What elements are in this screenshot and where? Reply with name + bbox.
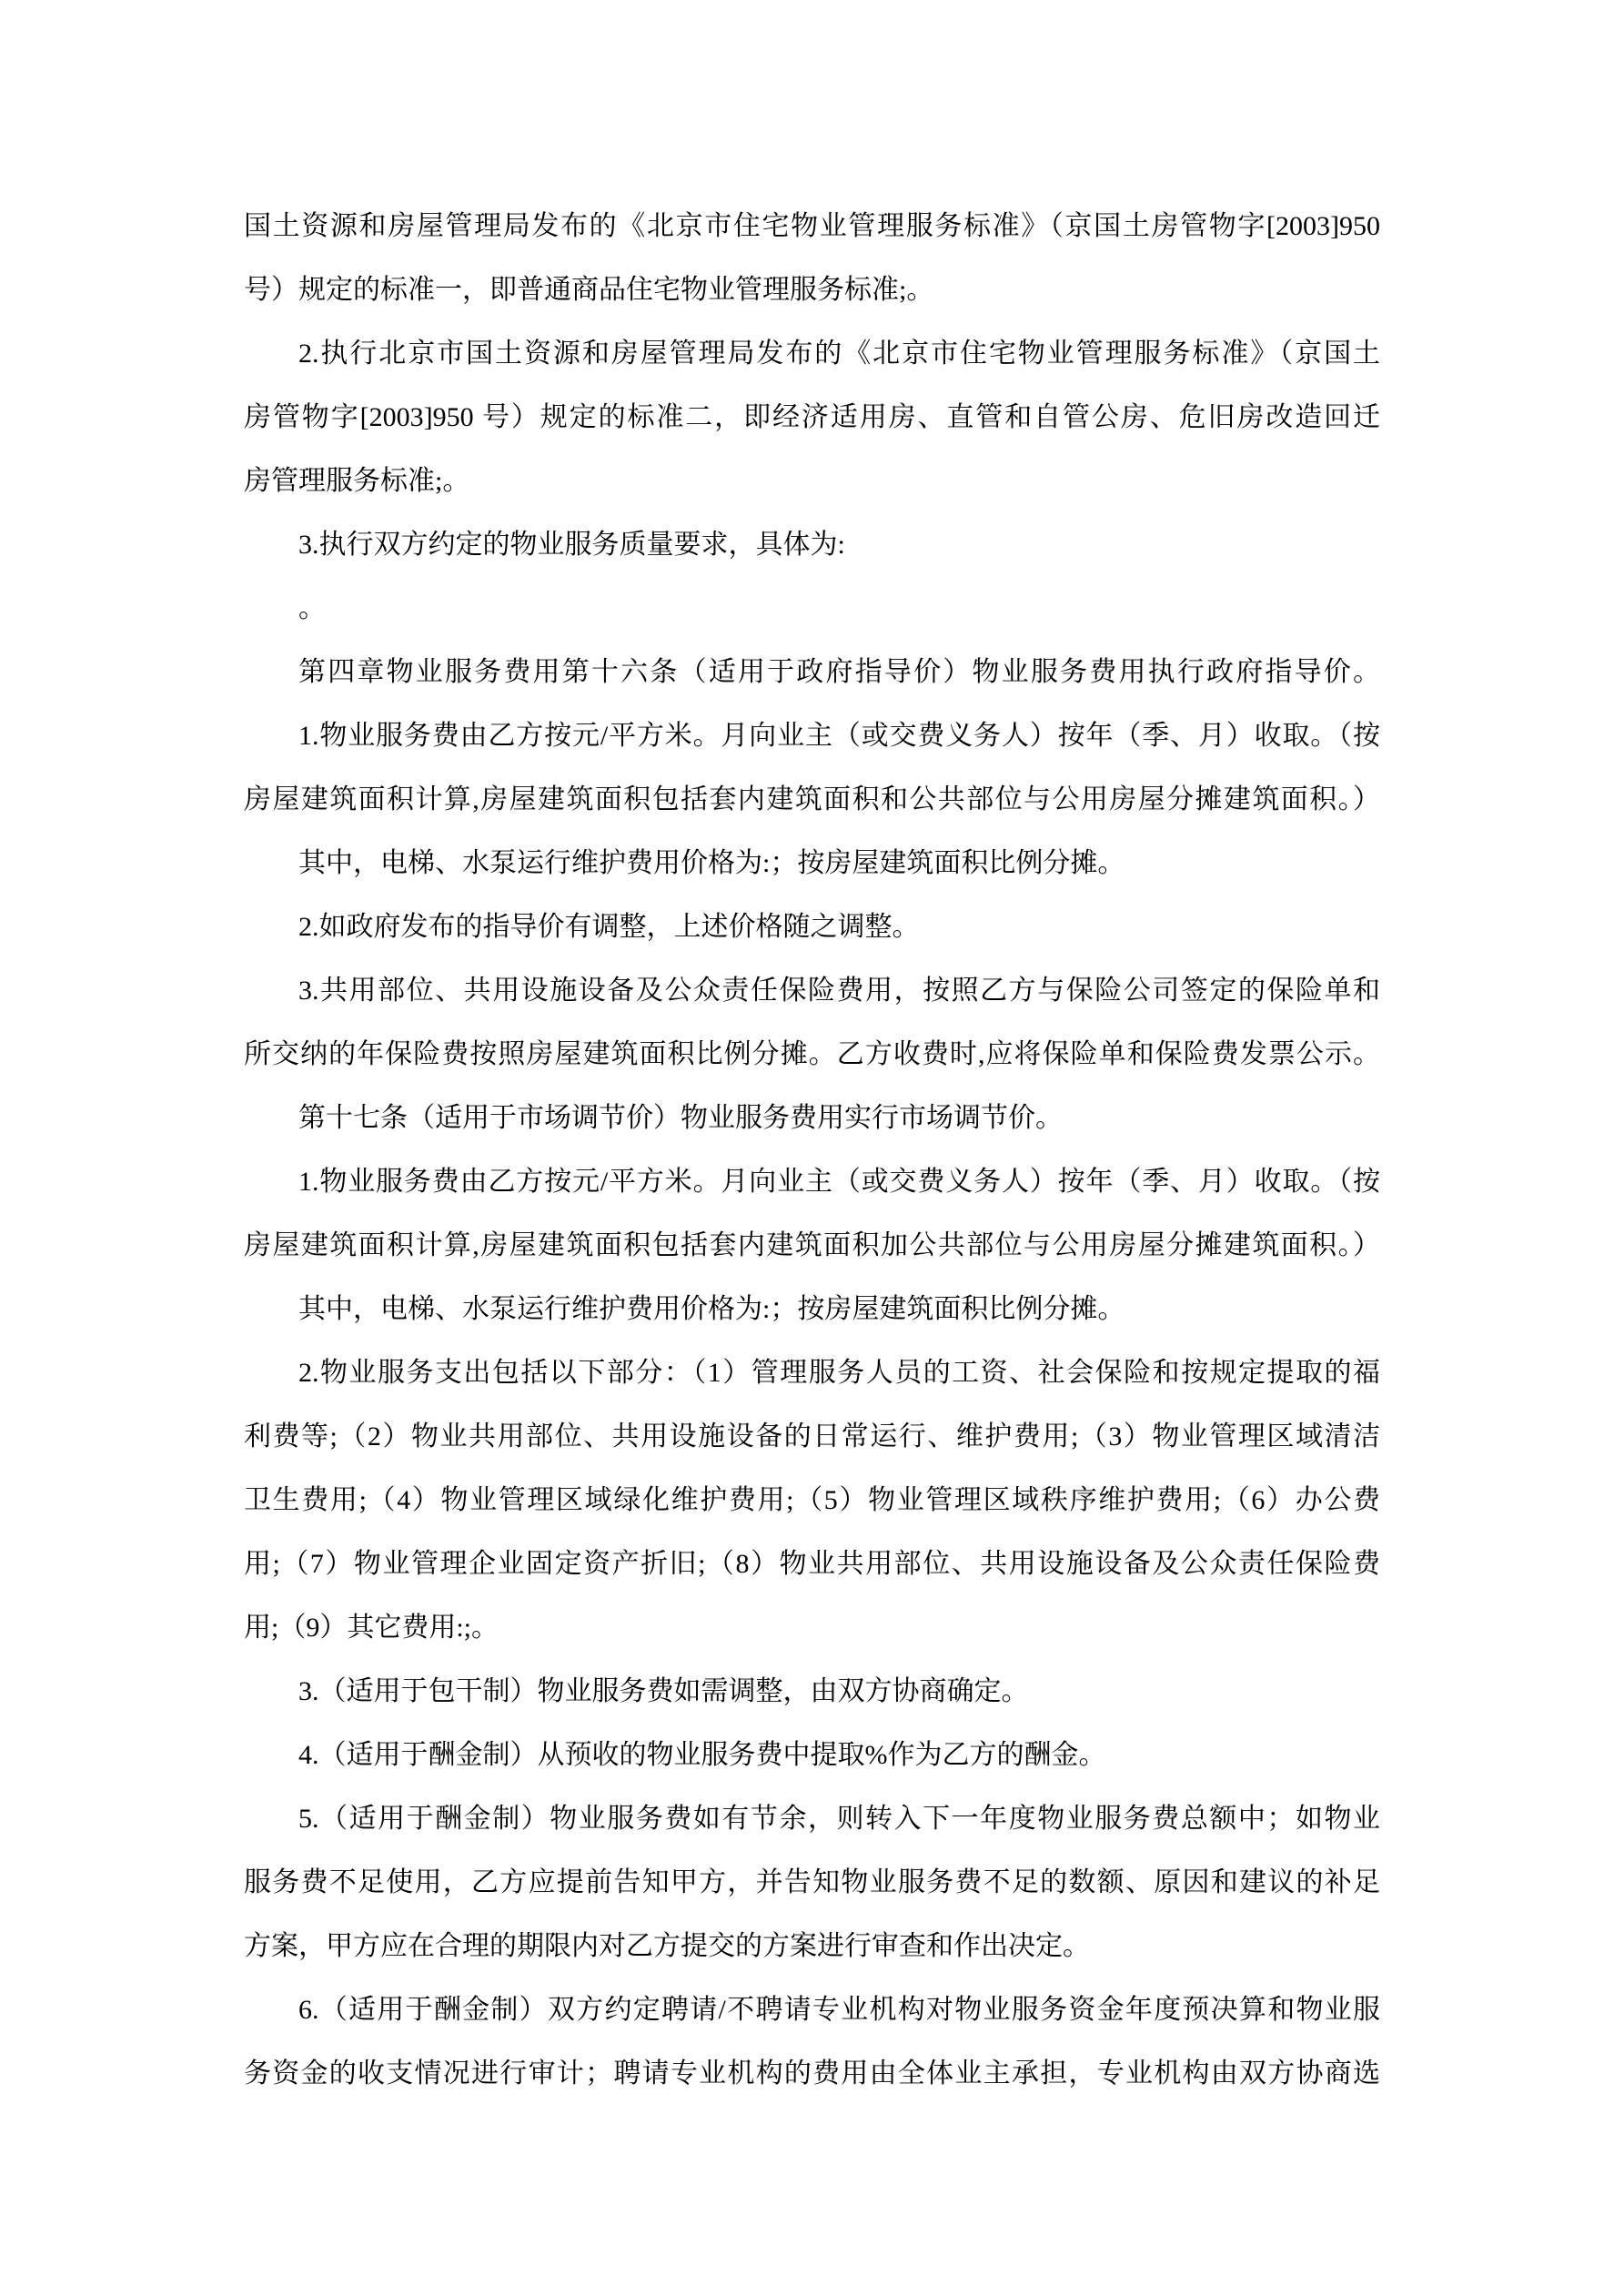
text-line: 服务费不足使用，乙方应提前告知甲方，并告知物业服务费不足的数额、原因和建议的补足 [244, 1851, 1380, 1915]
text-line: 6.（适用于酬金制）双方约定聘请/不聘请专业机构对物业服务资金年度预决算和物业服 [244, 1978, 1380, 2042]
text-line: 2.如政府发布的指导价有调整，上述价格随之调整。 [244, 895, 1380, 959]
text-line: 1.物业服务费由乙方按元/平方米。月向业主（或交费义务人）按年（季、月）收取。（… [244, 1150, 1380, 1214]
text-line: 第四章物业服务费用第十六条（适用于政府指导价）物业服务费用执行政府指导价。 [244, 641, 1380, 704]
text-line: 用;（7）物业管理企业固定资产折旧;（8）物业共用部位、共用设施设备及公众责任保… [244, 1532, 1380, 1596]
text-line: 第十七条（适用于市场调节价）物业服务费用实行市场调节价。 [244, 1087, 1380, 1150]
text-line: 房管理服务标准;。 [244, 450, 1380, 513]
text-line: 5.（适用于酬金制）物业服务费如有节余，则转入下一年度物业服务费总额中；如物业 [244, 1787, 1380, 1851]
text-line: 。 [244, 577, 1380, 641]
text-line: 4.（适用于酬金制）从预收的物业服务费中提取%作为乙方的酬金。 [244, 1724, 1380, 1787]
text-line: 1.物业服务费由乙方按元/平方米。月向业主（或交费义务人）按年（季、月）收取。（… [244, 704, 1380, 768]
document-text: 国土资源和房屋管理局发布的《北京市住宅物业管理服务标准》（京国土房管物字[200… [244, 195, 1380, 2106]
text-line: 其中，电梯、水泵运行维护费用价格为:；按房屋建筑面积比例分摊。 [244, 832, 1380, 895]
text-line: 国土资源和房屋管理局发布的《北京市住宅物业管理服务标准》（京国土房管物字[200… [244, 195, 1380, 258]
text-line: 利费等;（2）物业共用部位、共用设施设备的日常运行、维护费用;（3）物业管理区域… [244, 1405, 1380, 1469]
text-line: 3.执行双方约定的物业服务质量要求，具体为: [244, 513, 1380, 577]
document-page: 国土资源和房屋管理局发布的《北京市住宅物业管理服务标准》（京国土房管物字[200… [0, 0, 1624, 2296]
text-line: 方案，甲方应在合理的期限内对乙方提交的方案进行审查和作出决定。 [244, 1915, 1380, 1978]
text-line: 其中，电梯、水泵运行维护费用价格为:；按房屋建筑面积比例分摊。 [244, 1278, 1380, 1341]
text-line: 房屋建筑面积计算,房屋建筑面积包括套内建筑面积和公共部位与公用房屋分摊建筑面积。… [244, 768, 1380, 832]
text-line: 卫生费用;（4）物业管理区域绿化维护费用;（5）物业管理区域秩序维护费用;（6）… [244, 1469, 1380, 1532]
text-line: 号）规定的标准一，即普通商品住宅物业管理服务标准;。 [244, 258, 1380, 322]
text-line: 务资金的收支情况进行审计；聘请专业机构的费用由全体业主承担，专业机构由双方协商选 [244, 2042, 1380, 2106]
text-line: 2.物业服务支出包括以下部分：（1）管理服务人员的工资、社会保险和按规定提取的福 [244, 1341, 1380, 1405]
text-line: 房屋建筑面积计算,房屋建筑面积包括套内建筑面积加公共部位与公用房屋分摊建筑面积。… [244, 1214, 1380, 1278]
text-line: 3.共用部位、共用设施设备及公众责任保险费用，按照乙方与保险公司签定的保险单和 [244, 959, 1380, 1023]
text-line: 房管物字[2003]950 号）规定的标准二，即经济适用房、直管和自管公房、危旧… [244, 386, 1380, 450]
text-line: 用;（9）其它费用:;。 [244, 1596, 1380, 1660]
text-line: 2.执行北京市国土资源和房屋管理局发布的《北京市住宅物业管理服务标准》（京国土 [244, 322, 1380, 386]
text-line: 3.（适用于包干制）物业服务费如需调整，由双方协商确定。 [244, 1660, 1380, 1724]
text-line: 所交纳的年保险费按照房屋建筑面积比例分摊。乙方收费时,应将保险单和保险费发票公示… [244, 1023, 1380, 1087]
